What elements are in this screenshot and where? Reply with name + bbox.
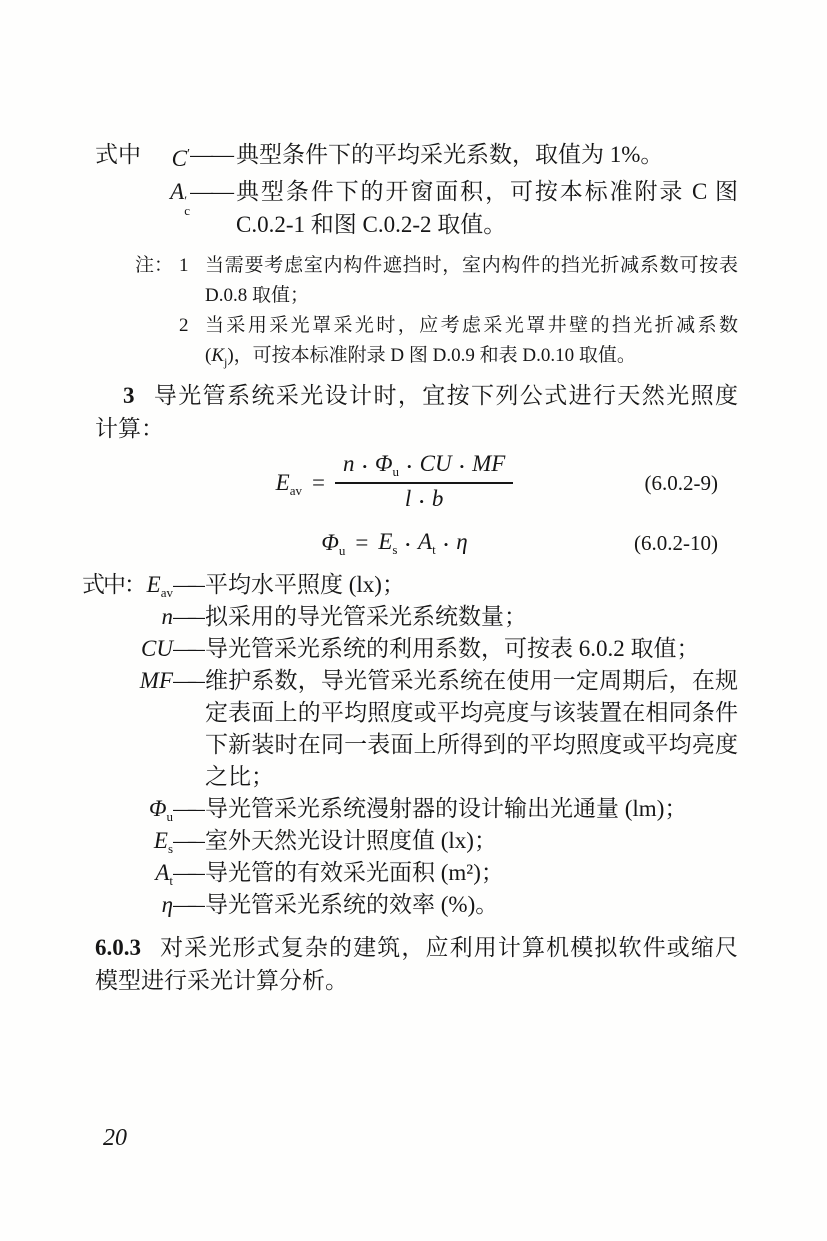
formula-lhs: Φu [321,530,345,557]
note-text: 当采用采光罩采光时，应考虑采光罩井壁的挡光折减系数 (Kj)，可按本标准附录 D… [205,311,738,371]
note-2-line-2: (Kj)，可按本标准附录 D 图 D.0.9 和表 D.0.10 取值。 [205,341,738,371]
note-number: 2 [179,311,205,341]
fraction-numerator: n•Φu•CU•MF [335,451,513,484]
definition-dash: —— [173,569,205,601]
page-content: 式中 C′ —— 典型条件下的平均采光系数，取值为 1%。 A′c —— 典型条… [95,138,738,997]
formula-6-0-2-10: Φu = Es•At•η (6.0.2-10) [95,523,738,563]
document-page: 式中 C′ —— 典型条件下的平均采光系数，取值为 1%。 A′c —— 典型条… [0,0,827,1241]
term-n: n [95,601,173,633]
multiplication-dot: • [419,494,424,509]
definition-text: 平均水平照度 (lx)； [205,569,738,601]
definition-row-cu: CU —— 导光管采光系统的利用系数，可按表 6.0.2 取值； [95,633,738,665]
section-6-0-3: 6.0.3对采光形式复杂的建筑，应利用计算机模拟软件或缩尺 模型进行采光计算分析… [95,931,738,997]
notes-block: 注： 1 当需要考虑室内构件遮挡时，室内构件的挡光折减系数可按表 D.0.8 取… [95,251,738,371]
definition-row-at: At —— 导光管的有效采光面积 (m²)； [95,857,738,889]
formula-lhs: Eav [276,470,302,497]
multiplication-dot: • [444,537,449,552]
formula-6-0-2-9: Eav = n•Φu•CU•MF l•b (6.0.2-9) [95,449,738,517]
definition-text: 室外天然光设计照度值 (lx)； [205,825,738,857]
definition-row-phi-u: Φu —— 导光管采光系统漫射器的设计输出光通量 (lm)； [95,793,738,825]
formula-body: Φu = Es•At•η [321,529,467,558]
note-2-line-1: 当采用采光罩采光时，应考虑采光罩井壁的挡光折减系数 [205,311,738,341]
definition-text: 典型条件下的平均采光系数，取值为 1%。 [236,138,738,171]
term-a-prime-c: A′c [162,175,190,216]
term-c-prime: C′ [162,138,190,175]
note-text: 当需要考虑室内构件遮挡时，室内构件的挡光折减系数可按表 D.0.8 取值； [205,251,738,311]
term-cu: CU [95,633,173,665]
where-label: 式中： [82,569,145,601]
clause-3-paragraph: 3导光管系统采光设计时，宜按下列公式进行天然光照度 计算： [95,379,738,445]
definition-row-es: Es —— 室外天然光设计照度值 (lx)； [95,825,738,857]
term-eta: η [95,889,173,921]
definition-dash: —— [190,138,236,171]
definition-dash: —— [173,633,205,665]
page-number: 20 [103,1124,127,1153]
where-clause-block-2: 式中： Eav —— 平均水平照度 (lx)； n —— 拟采用的导光管采光系统… [95,569,738,921]
multiplication-dot: • [407,459,412,474]
definition-text: 导光管的有效采光面积 (m²)； [205,857,738,889]
term-es: Es [95,825,173,857]
definition-text: 导光管采光系统的利用系数，可按表 6.0.2 取值； [205,633,738,665]
multiplication-dot: • [460,459,465,474]
definition-text: 导光管采光系统漫射器的设计输出光通量 (lm)； [205,793,738,825]
multiplication-dot: • [405,537,410,552]
definition-row-a-prime-c: A′c —— 典型条件下的开窗面积，可按本标准附录 C 图 C.0.2-1 和图… [95,175,738,241]
definition-row-c-prime: 式中 C′ —— 典型条件下的平均采光系数，取值为 1%。 [95,138,738,175]
k-variable: K [211,345,224,366]
where-clause-block-1: 式中 C′ —— 典型条件下的平均采光系数，取值为 1%。 A′c —— 典型条… [95,138,738,241]
note-2: 2 当采用采光罩采光时，应考虑采光罩井壁的挡光折减系数 (Kj)，可按本标准附录… [95,311,738,371]
equals-sign: = [355,530,368,556]
definition-row-n: n —— 拟采用的导光管采光系统数量； [95,601,738,633]
note-label: 注： [135,251,179,281]
definition-dash: —— [173,857,205,889]
section-6-0-3-line-1: 6.0.3对采光形式复杂的建筑，应利用计算机模拟软件或缩尺 [95,931,738,964]
section-6-0-3-line-2: 模型进行采光计算分析。 [95,964,738,997]
formula-body: Eav = n•Φu•CU•MF l•b [276,451,514,515]
clause-3-line-2: 计算： [95,412,738,445]
fraction: n•Φu•CU•MF l•b [335,451,513,515]
definition-text: 维护系数，导光管采光系统在使用一定周期后，在规定表面上的平均照度或平均亮度与该装… [205,665,738,793]
term-phi-u: Φu [95,793,173,825]
definition-dash: —— [190,175,236,208]
definition-text: 拟采用的导光管采光系统数量； [205,601,738,633]
formula-rhs: Es•At•η [378,529,467,558]
multiplication-dot: • [362,459,367,474]
term-mf: MF [95,665,173,697]
equation-number: (6.0.2-10) [634,533,718,554]
equation-number: (6.0.2-9) [645,473,718,494]
section-number: 6.0.3 [95,935,141,960]
note-1: 注： 1 当需要考虑室内构件遮挡时，室内构件的挡光折减系数可按表 D.0.8 取… [95,251,738,311]
definition-row-mf: MF —— 维护系数，导光管采光系统在使用一定周期后，在规定表面上的平均照度或平… [95,665,738,793]
where-label: 式中 [95,138,162,171]
definition-text: 典型条件下的开窗面积，可按本标准附录 C 图 C.0.2-1 和图 C.0.2-… [236,175,738,241]
term-at: At [95,857,173,889]
definition-dash: —— [173,793,205,825]
note-number: 1 [179,251,205,281]
definition-dash: —— [173,665,205,697]
clause-3-number: 3 [123,383,135,408]
equals-sign: = [312,470,325,496]
definition-dash: —— [173,825,205,857]
definition-dash: —— [173,889,205,921]
clause-3-line-1: 3导光管系统采光设计时，宜按下列公式进行天然光照度 [95,379,738,412]
definition-dash: —— [173,601,205,633]
definition-text: 导光管采光系统的效率 (%)。 [205,889,738,921]
definition-row-eta: η —— 导光管采光系统的效率 (%)。 [95,889,738,921]
definition-row-eav: 式中： Eav —— 平均水平照度 (lx)； [95,569,738,601]
fraction-denominator: l•b [405,484,443,515]
